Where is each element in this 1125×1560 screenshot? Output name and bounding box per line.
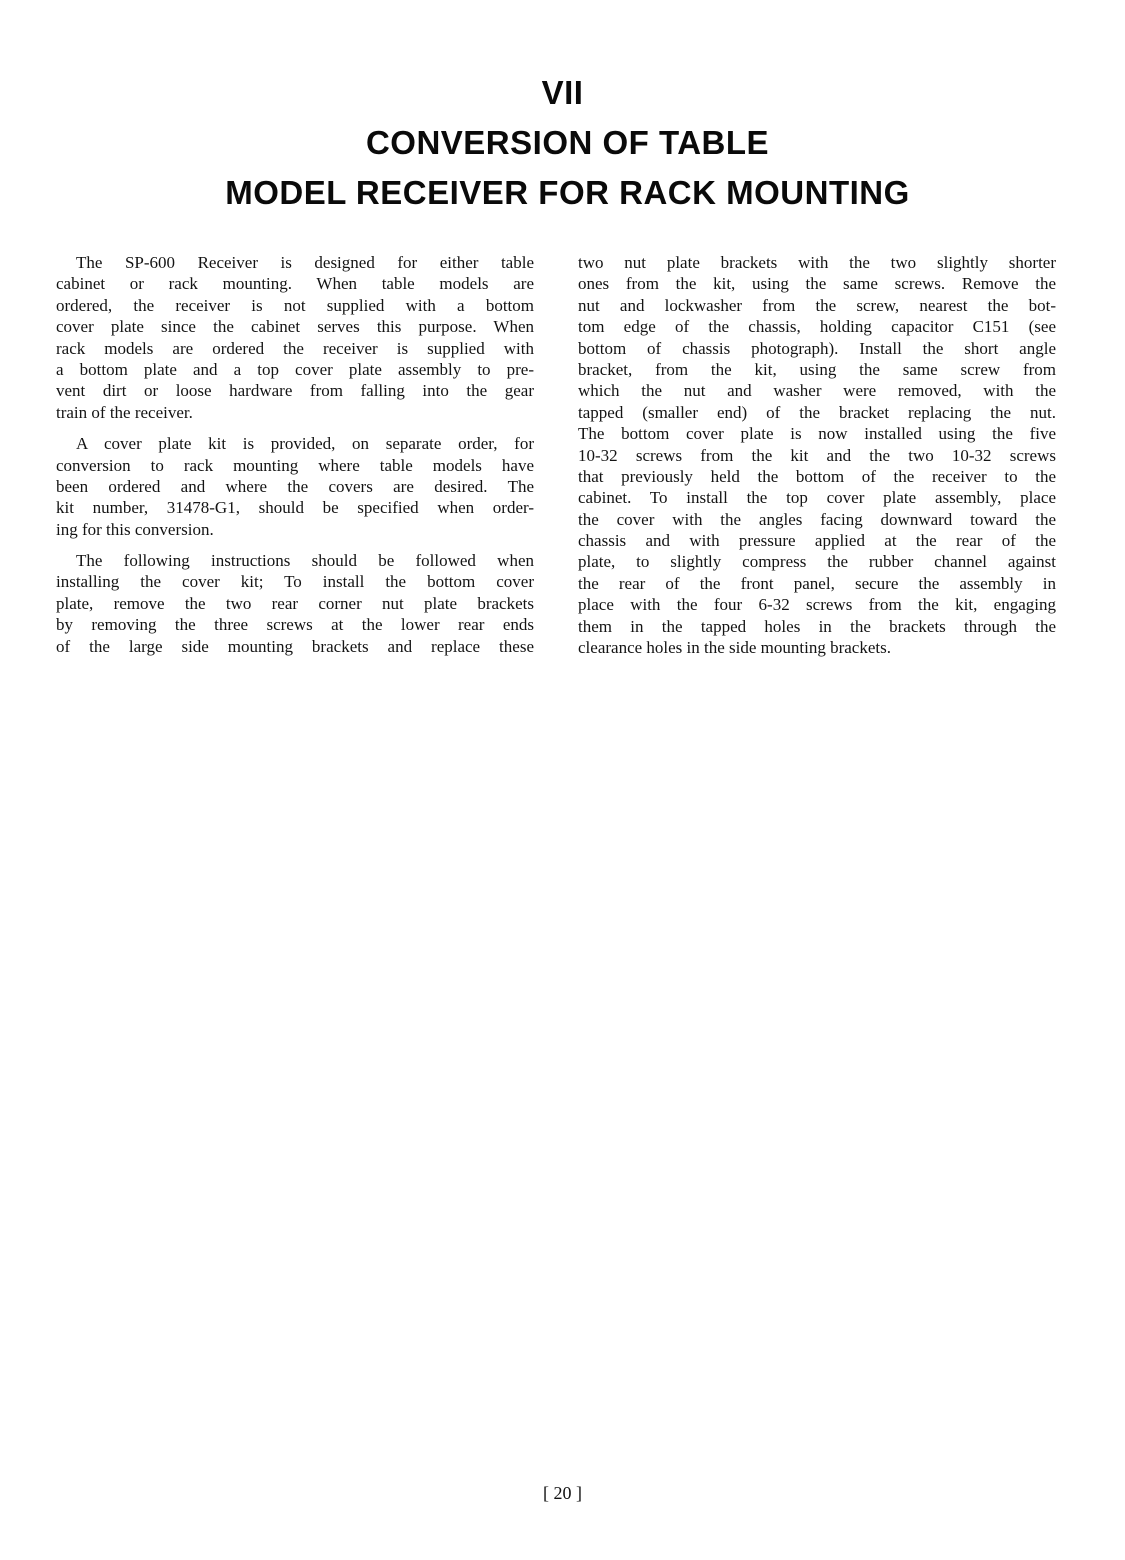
text-line: that previously held the bottom of the r… [578, 466, 1056, 487]
text-line: The following instructions should be fol… [56, 550, 534, 571]
text-line: 10-32 screws from the kit and the two 10… [578, 445, 1056, 466]
text-line: conversion to rack mounting where table … [56, 455, 534, 476]
text-line: tom edge of the chassis, holding capacit… [578, 316, 1056, 337]
text-line: clearance holes in the side mounting bra… [578, 637, 1056, 658]
chapter-title-line-1: CONVERSION OF TABLE [10, 118, 1125, 168]
text-line: bracket, from the kit, using the same sc… [578, 359, 1056, 380]
text-line: rack models are ordered the receiver is … [56, 338, 534, 359]
text-line: installing the cover kit; To install the… [56, 571, 534, 592]
text-line: plate, to slightly compress the rubber c… [578, 551, 1056, 572]
text-line: chassis and with pressure applied at the… [578, 530, 1056, 551]
text-line: place with the four 6-32 screws from the… [578, 594, 1056, 615]
text-line: of the large side mounting brackets and … [56, 636, 534, 657]
paragraph-instructions-continued: two nut plate brackets with the two slig… [578, 252, 1056, 658]
text-line: by removing the three screws at the lowe… [56, 614, 534, 635]
text-line: the cover with the angles facing downwar… [578, 509, 1056, 530]
paragraph-cover-kit: A cover plate kit is provided, on separa… [56, 433, 534, 540]
text-line: two nut plate brackets with the two slig… [578, 252, 1056, 273]
text-line: ordered, the receiver is not supplied wi… [56, 295, 534, 316]
text-line: a bottom plate and a top cover plate ass… [56, 359, 534, 380]
text-line: cabinet. To install the top cover plate … [578, 487, 1056, 508]
text-line: vent dirt or loose hardware from falling… [56, 380, 534, 401]
section-number: VII [0, 68, 1125, 118]
text-line: ones from the kit, using the same screws… [578, 273, 1056, 294]
right-column: two nut plate brackets with the two slig… [578, 252, 1056, 668]
text-line: ing for this conversion. [56, 519, 534, 540]
text-line: The bottom cover plate is now installed … [578, 423, 1056, 444]
text-line: them in the tapped holes in the brackets… [578, 616, 1056, 637]
text-line: kit number, 31478-G1, should be specifie… [56, 497, 534, 518]
text-line: The SP-600 Receiver is designed for eith… [56, 252, 534, 273]
text-line: cabinet or rack mounting. When table mod… [56, 273, 534, 294]
text-line: train of the receiver. [56, 402, 534, 423]
paragraph-instructions: The following instructions should be fol… [56, 550, 534, 657]
text-line: plate, remove the two rear corner nut pl… [56, 593, 534, 614]
text-line: been ordered and where the covers are de… [56, 476, 534, 497]
text-line: cover plate since the cabinet serves thi… [56, 316, 534, 337]
chapter-title-line-2: MODEL RECEIVER FOR RACK MOUNTING [10, 168, 1125, 218]
text-line: bottom of chassis photograph). Install t… [578, 338, 1056, 359]
chapter-heading: VII CONVERSION OF TABLE MODEL RECEIVER F… [0, 68, 1125, 218]
text-line: tapped (smaller end) of the bracket repl… [578, 402, 1056, 423]
text-line: the rear of the front panel, secure the … [578, 573, 1056, 594]
paragraph-intro: The SP-600 Receiver is designed for eith… [56, 252, 534, 423]
text-line: nut and lockwasher from the screw, neare… [578, 295, 1056, 316]
text-line: A cover plate kit is provided, on separa… [56, 433, 534, 454]
text-line: which the nut and washer were removed, w… [578, 380, 1056, 401]
page-number: [ 20 ] [0, 1483, 1125, 1504]
left-column: The SP-600 Receiver is designed for eith… [56, 252, 534, 667]
